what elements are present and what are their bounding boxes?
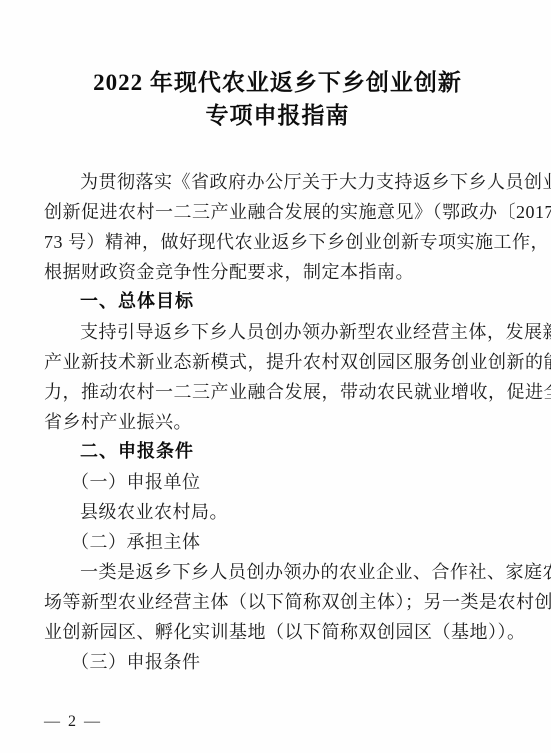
paragraph-overall-goal: 支持引导返乡下乡人员创办领办新型农业经营主体，发展新 产业新技术新业态新模式，提…: [44, 317, 511, 437]
page-number: — 2 —: [44, 711, 102, 733]
paragraph-line: 场等新型农业经营主体（以下简称双创主体）；另一类是农村创: [44, 587, 511, 617]
paragraph-line: 省乡村产业振兴。: [44, 407, 511, 437]
paragraph-line: 创新促进农村一二三产业融合发展的实施意见》（鄂政办〔2017〕: [44, 197, 511, 227]
paragraph-line: 业创新园区、孵化实训基地（以下简称双创园区（基地））。: [44, 617, 511, 647]
section-heading-application-conditions: 二、申报条件: [44, 437, 511, 467]
document-title: 2022 年现代农业返乡下乡创业创新 专项申报指南: [44, 66, 511, 132]
paragraph-line: 一类是返乡下乡人员创办领办的农业企业、合作社、家庭农: [44, 557, 511, 587]
paragraph-line: 为贯彻落实《省政府办公厅关于大力支持返乡下乡人员创业: [44, 167, 511, 197]
paragraph-line: 产业新技术新业态新模式，提升农村双创园区服务创业创新的能: [44, 347, 511, 377]
document-title-line-2: 专项申报指南: [44, 99, 511, 132]
paragraph-undertaking-entity: 一类是返乡下乡人员创办领办的农业企业、合作社、家庭农 场等新型农业经营主体（以下…: [44, 557, 511, 647]
paragraph-intro: 为贯彻落实《省政府办公厅关于大力支持返乡下乡人员创业 创新促进农村一二三产业融合…: [44, 167, 511, 287]
paragraph-line: 73 号）精神，做好现代农业返乡下乡创业创新专项实施工作，: [44, 227, 511, 257]
paragraph-line: 根据财政资金竞争性分配要求，制定本指南。: [44, 257, 511, 287]
paragraph-line: 力，推动农村一二三产业融合发展，带动农民就业增收，促进全: [44, 377, 511, 407]
paragraph-line: 支持引导返乡下乡人员创办领办新型农业经营主体，发展新: [44, 317, 511, 347]
document-title-line-1: 2022 年现代农业返乡下乡创业创新: [44, 66, 511, 99]
document-page: 2022 年现代农业返乡下乡创业创新 专项申报指南 为贯彻落实《省政府办公厅关于…: [0, 0, 551, 753]
document-content: 2022 年现代农业返乡下乡创业创新 专项申报指南 为贯彻落实《省政府办公厅关于…: [44, 66, 511, 677]
subsection-heading-undertaking-entity: （二）承担主体: [44, 527, 511, 557]
subsection-heading-applicant-unit: （一）申报单位: [44, 467, 511, 497]
section-heading-overall-goal: 一、总体目标: [44, 287, 511, 317]
paragraph-line: 县级农业农村局。: [44, 497, 511, 527]
subsection-heading-application-conditions: （三）申报条件: [44, 647, 511, 677]
